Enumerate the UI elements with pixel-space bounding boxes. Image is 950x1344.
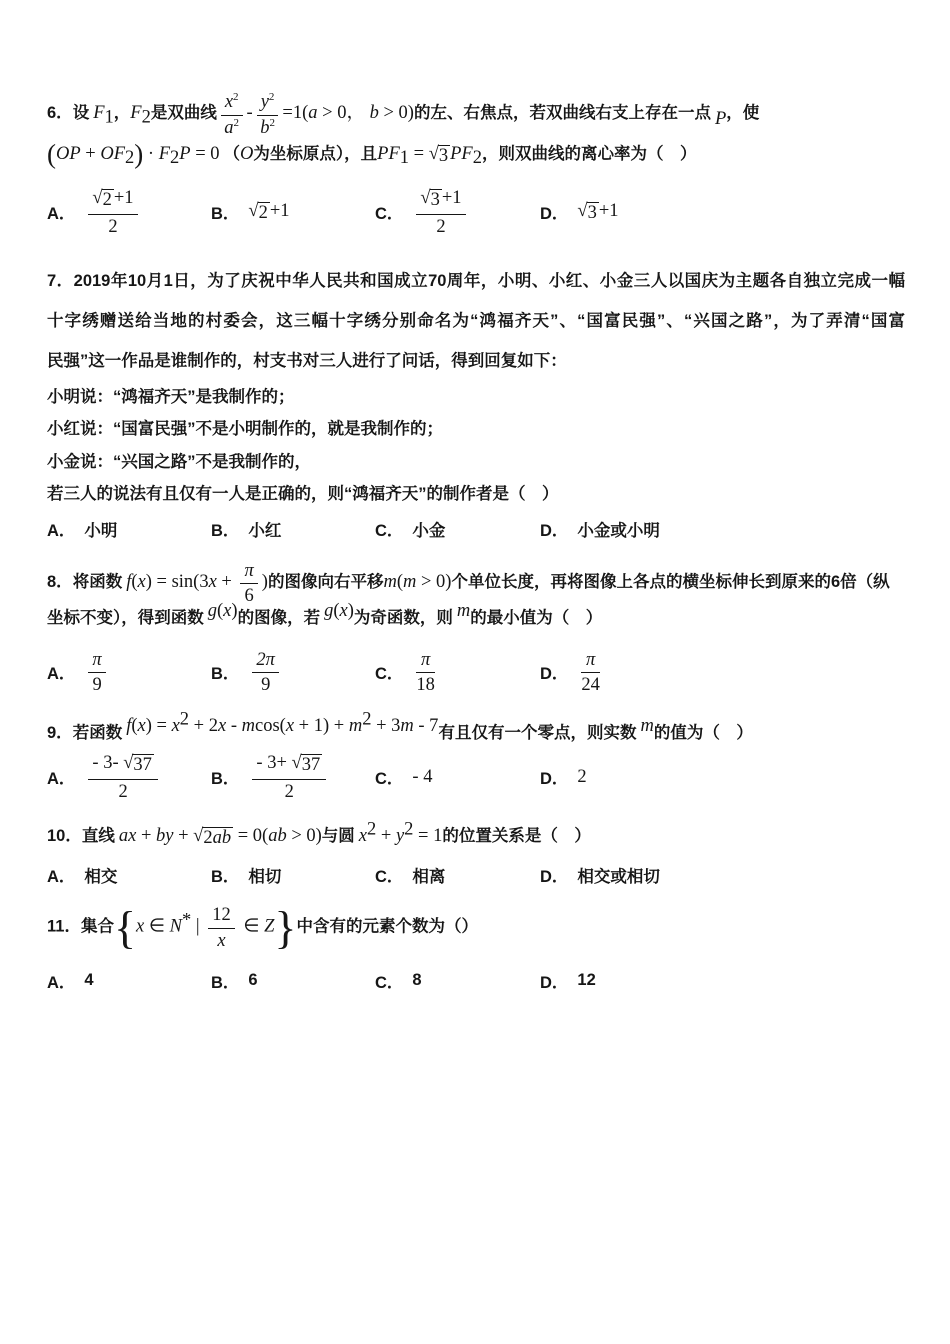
radicand: 2: [102, 189, 114, 211]
operator-minus: -: [247, 103, 253, 123]
fraction: 12x: [208, 905, 235, 950]
option-a: A．相交: [47, 863, 211, 887]
math-text: ) = sin(3: [146, 572, 209, 592]
term-ax: ax: [119, 826, 136, 846]
q6-options: A．√2+12 B．√2+1 C．√3+12 D．√3+1: [47, 188, 905, 237]
numerator: - 3+ √37: [252, 753, 326, 780]
sqrt: √2: [248, 202, 269, 224]
question-11: 11．集合{x ∈ N* | 12x ∈ Z}中含有的元素个数为（） A．4 B…: [47, 905, 905, 993]
math-text: +1: [270, 201, 290, 221]
text-run: 十字绣赠送给当地的村委会，这三幅十字绣分别命名为“鸿福齐天”、“国富民强”、“兴…: [47, 312, 905, 330]
subscript: 2: [170, 148, 179, 168]
text-run: 2019年10月1日，为了庆祝中华人民共和国成立70周年，小明、小红、小金三人以…: [74, 272, 905, 290]
option-d: D．相交或相切: [540, 863, 905, 887]
superscript-star: *: [182, 910, 191, 930]
option-b: B．2π9: [211, 650, 375, 695]
q8-stem-line-1: 8．将函数 f(x) = sin(3x + π6)的图像向右平移m(m > 0)…: [47, 561, 905, 606]
option-b: B．6: [211, 969, 375, 993]
math-text: = 0: [191, 144, 220, 164]
option-label: B．: [211, 969, 239, 993]
question-number: 10．: [47, 827, 82, 845]
sqrt: √3: [429, 145, 450, 167]
math-text: > 0): [287, 826, 322, 846]
var-ab: ab: [268, 826, 287, 846]
math-text: - 3+: [256, 753, 291, 773]
denominator: 6: [240, 584, 257, 606]
fraction: π18: [416, 650, 435, 695]
left-brace: {: [114, 902, 136, 953]
numerator: √2+1: [88, 188, 137, 215]
math-text: - 7: [414, 716, 439, 736]
option-value: 相交: [84, 863, 117, 887]
operator-dot: ·: [143, 144, 158, 164]
question-9: 9．若函数 f(x) = x2 + 2x - mcos(x + 1) + m2 …: [47, 721, 905, 802]
question-8: 8．将函数 f(x) = sin(3x + π6)的图像向右平移m(m > 0)…: [47, 561, 905, 695]
sqrt: √3: [577, 202, 598, 224]
fraction: - 3- √372: [88, 753, 157, 802]
segment-PF: PF: [450, 144, 473, 164]
var-m: m: [383, 572, 396, 592]
superscript: 2: [269, 91, 275, 103]
math-text: > 0): [416, 572, 451, 592]
math-text: ) =: [146, 716, 172, 736]
text-run: 设: [73, 104, 90, 122]
option-value: 相交或相切: [577, 863, 660, 887]
option-value: - 4: [412, 767, 432, 788]
math-text: +1: [599, 201, 619, 221]
option-a: A．√2+12: [47, 188, 211, 237]
text-run: ，则双曲线的离心率为（ ）: [482, 145, 697, 163]
superscript: 2: [234, 116, 240, 128]
option-c: C．相离: [375, 863, 540, 887]
fraction: - 3+ √372: [252, 753, 326, 802]
denominator: 2: [252, 780, 326, 802]
denominator: b2: [257, 116, 279, 138]
option-label: B．: [211, 517, 239, 541]
numerator: √3+1: [416, 188, 465, 215]
math-text: + 3: [371, 716, 400, 736]
operator-plus: +: [81, 144, 101, 164]
option-label: D．: [540, 765, 568, 789]
option-d: D．小金或小明: [540, 517, 905, 541]
question-7: 7．2019年10月1日，为了庆祝中华人民共和国成立70周年，小明、小红、小金三…: [47, 261, 905, 541]
function-cos: cos(: [255, 716, 286, 736]
numerator: π: [240, 561, 257, 585]
option-c: C．8: [375, 969, 540, 993]
option-a: A．- 3- √372: [47, 753, 211, 802]
numerator: x2: [221, 92, 243, 116]
math-text: +1: [442, 188, 462, 208]
radicand: 37: [301, 754, 323, 776]
var-m: m: [349, 716, 362, 736]
option-value: 小金或小明: [577, 517, 660, 541]
text-run: 为奇函数，则: [354, 609, 453, 627]
option-value: 12: [577, 971, 595, 990]
q6-stem-line-2: (OP + OF2) · F2P = 0 （O为坐标原点），且PF1 = √3P…: [47, 137, 905, 172]
subscript: 2: [142, 107, 151, 127]
numerator: - 3- √37: [88, 753, 157, 780]
math-text: ): [231, 601, 237, 621]
segment-PF: PF: [377, 144, 400, 164]
option-d: D．2: [540, 765, 905, 789]
option-a: A．π9: [47, 650, 211, 695]
subscript: 1: [105, 107, 114, 127]
math-text: + 1) +: [294, 716, 349, 736]
subscript: 2: [125, 148, 134, 168]
option-value: 小明: [84, 517, 117, 541]
option-d: D．√3+1: [540, 200, 905, 224]
operator-plus: +: [136, 826, 156, 846]
q7-stem-line-2: 十字绣赠送给当地的村委会，这三幅十字绣分别命名为“鸿福齐天”、“国富民强”、“兴…: [47, 301, 905, 341]
text-run: 若函数: [73, 724, 123, 742]
var-g: g: [324, 601, 333, 621]
q11-options: A．4 B．6 C．8 D．12: [47, 969, 905, 993]
var-x: x: [172, 716, 180, 736]
option-value: 相离: [412, 863, 445, 887]
option-b: B．√2+1: [211, 200, 375, 224]
text-run: 是双曲线: [151, 104, 217, 122]
operator-in: ∈: [239, 917, 264, 937]
superscript: 2: [269, 116, 275, 128]
text-run: ，使: [726, 104, 759, 122]
var-g: g: [208, 601, 217, 621]
denominator: a2: [221, 116, 243, 138]
text-run: 集合: [81, 918, 114, 936]
superscript: 2: [233, 91, 239, 103]
option-value: 2: [577, 767, 586, 788]
fraction: x2a2: [221, 92, 243, 137]
numerator: π: [88, 650, 105, 674]
option-label: C．: [375, 200, 403, 224]
option-label: D．: [540, 863, 568, 887]
option-label: C．: [375, 517, 403, 541]
operator-plus: +: [217, 572, 237, 592]
var-F: F: [93, 103, 104, 123]
superscript: 2: [367, 819, 376, 839]
math-text: = 0(: [233, 826, 268, 846]
separator-bar: |: [191, 917, 204, 937]
operator-plus: +: [376, 826, 396, 846]
fraction: y2b2: [257, 92, 279, 137]
q11-stem: 11．集合{x ∈ N* | 12x ∈ Z}中含有的元素个数为（）: [47, 905, 905, 951]
option-c: C．- 4: [375, 765, 540, 789]
left-paren: (: [47, 139, 56, 169]
math-text: 2: [203, 828, 212, 848]
question-number: 9．: [47, 724, 73, 742]
option-label: A．: [47, 660, 75, 684]
numerator: π: [416, 650, 435, 674]
radicand: 3: [438, 145, 450, 167]
q10-options: A．相交 B．相切 C．相离 D．相交或相切: [47, 863, 905, 887]
radicand: 2: [258, 202, 270, 224]
var-ab: ab: [213, 828, 232, 848]
question-number: 11．: [47, 918, 81, 936]
radicand: 2ab: [202, 827, 233, 849]
option-value: 相切: [248, 863, 281, 887]
option-d: D．12: [540, 969, 905, 993]
option-d: D．π24: [540, 650, 905, 695]
option-label: D．: [540, 660, 568, 684]
option-b: B．相切: [211, 863, 375, 887]
option-b: B．小红: [211, 517, 375, 541]
var-m: m: [457, 599, 470, 623]
question-6: 6．设 F1，F2是双曲线x2a2-y2b2=1(a > 0， b > 0)的左…: [47, 92, 905, 237]
math-text: = 1: [413, 826, 442, 846]
set-Z: Z: [264, 917, 274, 937]
option-label: B．: [211, 765, 239, 789]
math-g-x: g(x): [324, 599, 354, 623]
text-run: 民强”这一作品是谁制作的，村支书对三人进行了问话，得到回复如下：: [47, 352, 567, 370]
numerator: y2: [257, 92, 279, 116]
var-F: F: [130, 103, 141, 123]
question-10: 10．直线 ax + by + √2ab = 0(ab > 0)与圆 x2 + …: [47, 824, 905, 887]
denominator: 9: [252, 673, 279, 695]
var-x: x: [339, 601, 347, 621]
q7-statement-xiaohong: 小红说：“国富民强”不是小明制作的，就是我制作的；: [47, 413, 905, 446]
subscript: 1: [400, 148, 409, 168]
var-y: y: [261, 92, 269, 112]
denominator: x: [208, 929, 235, 951]
sqrt: √37: [292, 754, 323, 776]
denominator: 2: [88, 780, 157, 802]
fraction: π6: [240, 561, 257, 606]
subscript: 2: [473, 148, 482, 168]
var-m: m: [640, 714, 653, 738]
option-c: C．√3+12: [375, 188, 540, 237]
var-x: x: [225, 92, 233, 112]
math-text: > 0，: [318, 103, 370, 123]
option-label: C．: [375, 660, 403, 684]
q9-options: A．- 3- √372 B．- 3+ √372 C．- 4 D．2: [47, 753, 905, 802]
var-x: x: [218, 716, 226, 736]
var-a: a: [224, 118, 233, 138]
q7-question-line: 若三人的说法有且仅有一人是正确的，则“鸿福齐天”的制作者是（ ）: [47, 478, 905, 511]
numerator: π: [581, 650, 600, 674]
q7-options: A．小明 B．小红 C．小金 D．小金或小明: [47, 517, 905, 541]
option-label: C．: [375, 969, 403, 993]
option-label: A．: [47, 517, 75, 541]
math-text: =1(: [282, 103, 308, 123]
denominator: 9: [88, 673, 105, 695]
q10-stem: 10．直线 ax + by + √2ab = 0(ab > 0)与圆 x2 + …: [47, 824, 905, 849]
option-label: C．: [375, 765, 403, 789]
text-run: 与圆: [322, 827, 355, 845]
option-label: B．: [211, 660, 239, 684]
math-function: f(x) = x2 + 2x - mcos(x + 1) + m2 + 3m -…: [126, 714, 438, 738]
text-run: 个单位长度，再将图像上各点的横坐标伸长到原来的6倍（纵: [451, 573, 889, 591]
q6-stem-line-1: 6．设 F1，F2是双曲线x2a2-y2b2=1(a > 0， b > 0)的左…: [47, 92, 905, 137]
text-run: 中含有的元素个数为（）: [296, 918, 478, 936]
option-label: C．: [375, 863, 403, 887]
option-value: 6: [248, 971, 257, 990]
fraction: π9: [88, 650, 105, 695]
var-P: P: [179, 144, 190, 164]
text-run: ，: [114, 104, 131, 122]
text-run: 的左、右焦点，若双曲线右支上存在一点: [414, 104, 711, 122]
option-label: D．: [540, 200, 568, 224]
math-text: ): [348, 601, 354, 621]
var-x: x: [286, 716, 294, 736]
var-m: m: [403, 572, 416, 592]
denominator: 24: [581, 673, 600, 695]
math-text: - 3-: [92, 753, 123, 773]
text-run: 将函数: [73, 573, 123, 591]
option-label: D．: [540, 517, 568, 541]
var-x: x: [209, 572, 217, 592]
radicand: 3: [587, 202, 599, 224]
numerator: 2π: [252, 650, 279, 674]
var-x: x: [359, 826, 367, 846]
var-x: x: [138, 572, 146, 592]
option-label: A．: [47, 969, 75, 993]
var-a: a: [308, 103, 317, 123]
option-value: 4: [84, 971, 93, 990]
right-paren: ): [134, 139, 143, 169]
sqrt: √2: [92, 189, 113, 211]
text-run: 直线: [82, 827, 115, 845]
set-N: N: [170, 917, 182, 937]
question-number: 7．: [47, 272, 74, 290]
text-run: 的图像，若: [238, 609, 321, 627]
option-value: √3+1: [577, 201, 618, 224]
operator-equals: =: [409, 144, 429, 164]
sqrt: √2ab: [193, 827, 233, 849]
q7-statement-xiaojin: 小金说：“兴国之路”不是我制作的，: [47, 446, 905, 479]
option-label: B．: [211, 863, 239, 887]
sqrt: √3: [420, 189, 441, 211]
var-y: y: [396, 826, 404, 846]
option-label: A．: [47, 200, 75, 224]
math-text: +1: [114, 188, 134, 208]
question-number: 6．: [47, 104, 73, 122]
right-brace: }: [274, 902, 296, 953]
option-c: C．π18: [375, 650, 540, 695]
math-text: -: [226, 716, 241, 736]
option-a: A．小明: [47, 517, 211, 541]
operator-plus: +: [173, 826, 193, 846]
option-value: √2+1: [248, 201, 289, 224]
text-run: 为坐标原点），且: [253, 145, 377, 163]
fraction: √3+12: [416, 188, 465, 237]
radicand: 37: [132, 754, 154, 776]
math-text: > 0): [379, 103, 414, 123]
q7-stem-line-1: 7．2019年10月1日，为了庆祝中华人民共和国成立70周年，小明、小红、小金三…: [47, 261, 905, 301]
vector-OF: OF: [100, 144, 125, 164]
math-g-x: g(x): [208, 599, 238, 623]
term-by: by: [156, 826, 173, 846]
q9-stem: 9．若函数 f(x) = x2 + 2x - mcos(x + 1) + m2 …: [47, 721, 905, 745]
text-run: 的位置关系是（ ）: [442, 827, 591, 845]
var-x: x: [138, 716, 146, 736]
sqrt: √37: [123, 754, 154, 776]
option-label: D．: [540, 969, 568, 993]
denominator: 2: [88, 215, 137, 237]
fraction: 2π9: [252, 650, 279, 695]
var-b: b: [370, 103, 379, 123]
vector-OP: OP: [56, 144, 81, 164]
fraction: √2+12: [88, 188, 137, 237]
option-label: A．: [47, 765, 75, 789]
option-a: A．4: [47, 969, 211, 993]
denominator: 2: [416, 215, 465, 237]
fraction: π24: [581, 650, 600, 695]
text-run: （: [224, 145, 241, 163]
text-run: 有且仅有一个零点，则实数: [438, 724, 636, 742]
var-P: P: [715, 109, 726, 129]
question-number: 8．: [47, 573, 73, 591]
q8-stem-line-2: 坐标不变），得到函数 g(x)的图像，若 g(x)为奇函数，则 m的最小值为（ …: [47, 606, 905, 630]
numerator: 12: [208, 905, 235, 929]
text-run: 的最小值为（ ）: [470, 609, 602, 627]
text-run: 坐标不变），得到函数: [47, 609, 204, 627]
option-value: 小金: [412, 517, 445, 541]
text-run: 的值为（ ）: [654, 724, 753, 742]
option-value: 8: [412, 971, 421, 990]
var-m: m: [400, 716, 413, 736]
var-m: m: [242, 716, 255, 736]
denominator: 18: [416, 673, 435, 695]
var-O: O: [240, 144, 253, 164]
q7-stem-line-3: 民强”这一作品是谁制作的，村支书对三人进行了问话，得到回复如下：: [47, 341, 905, 381]
q7-statement-xiaoming: 小明说：“鸿福齐天”是我制作的；: [47, 381, 905, 414]
exam-page: 6．设 F1，F2是双曲线x2a2-y2b2=1(a > 0， b > 0)的左…: [0, 0, 950, 1344]
option-value: 小红: [248, 517, 281, 541]
superscript: 2: [180, 710, 189, 730]
option-label: B．: [211, 200, 239, 224]
math-text: + 2: [189, 716, 218, 736]
option-c: C．小金: [375, 517, 540, 541]
operator-in: ∈: [144, 917, 169, 937]
option-label: A．: [47, 863, 75, 887]
radicand: 3: [430, 189, 442, 211]
text-run: 的图像向右平移: [268, 573, 384, 591]
q8-options: A．π9 B．2π9 C．π18 D．π24: [47, 650, 905, 695]
option-b: B．- 3+ √372: [211, 753, 375, 802]
var-F: F: [159, 144, 170, 164]
